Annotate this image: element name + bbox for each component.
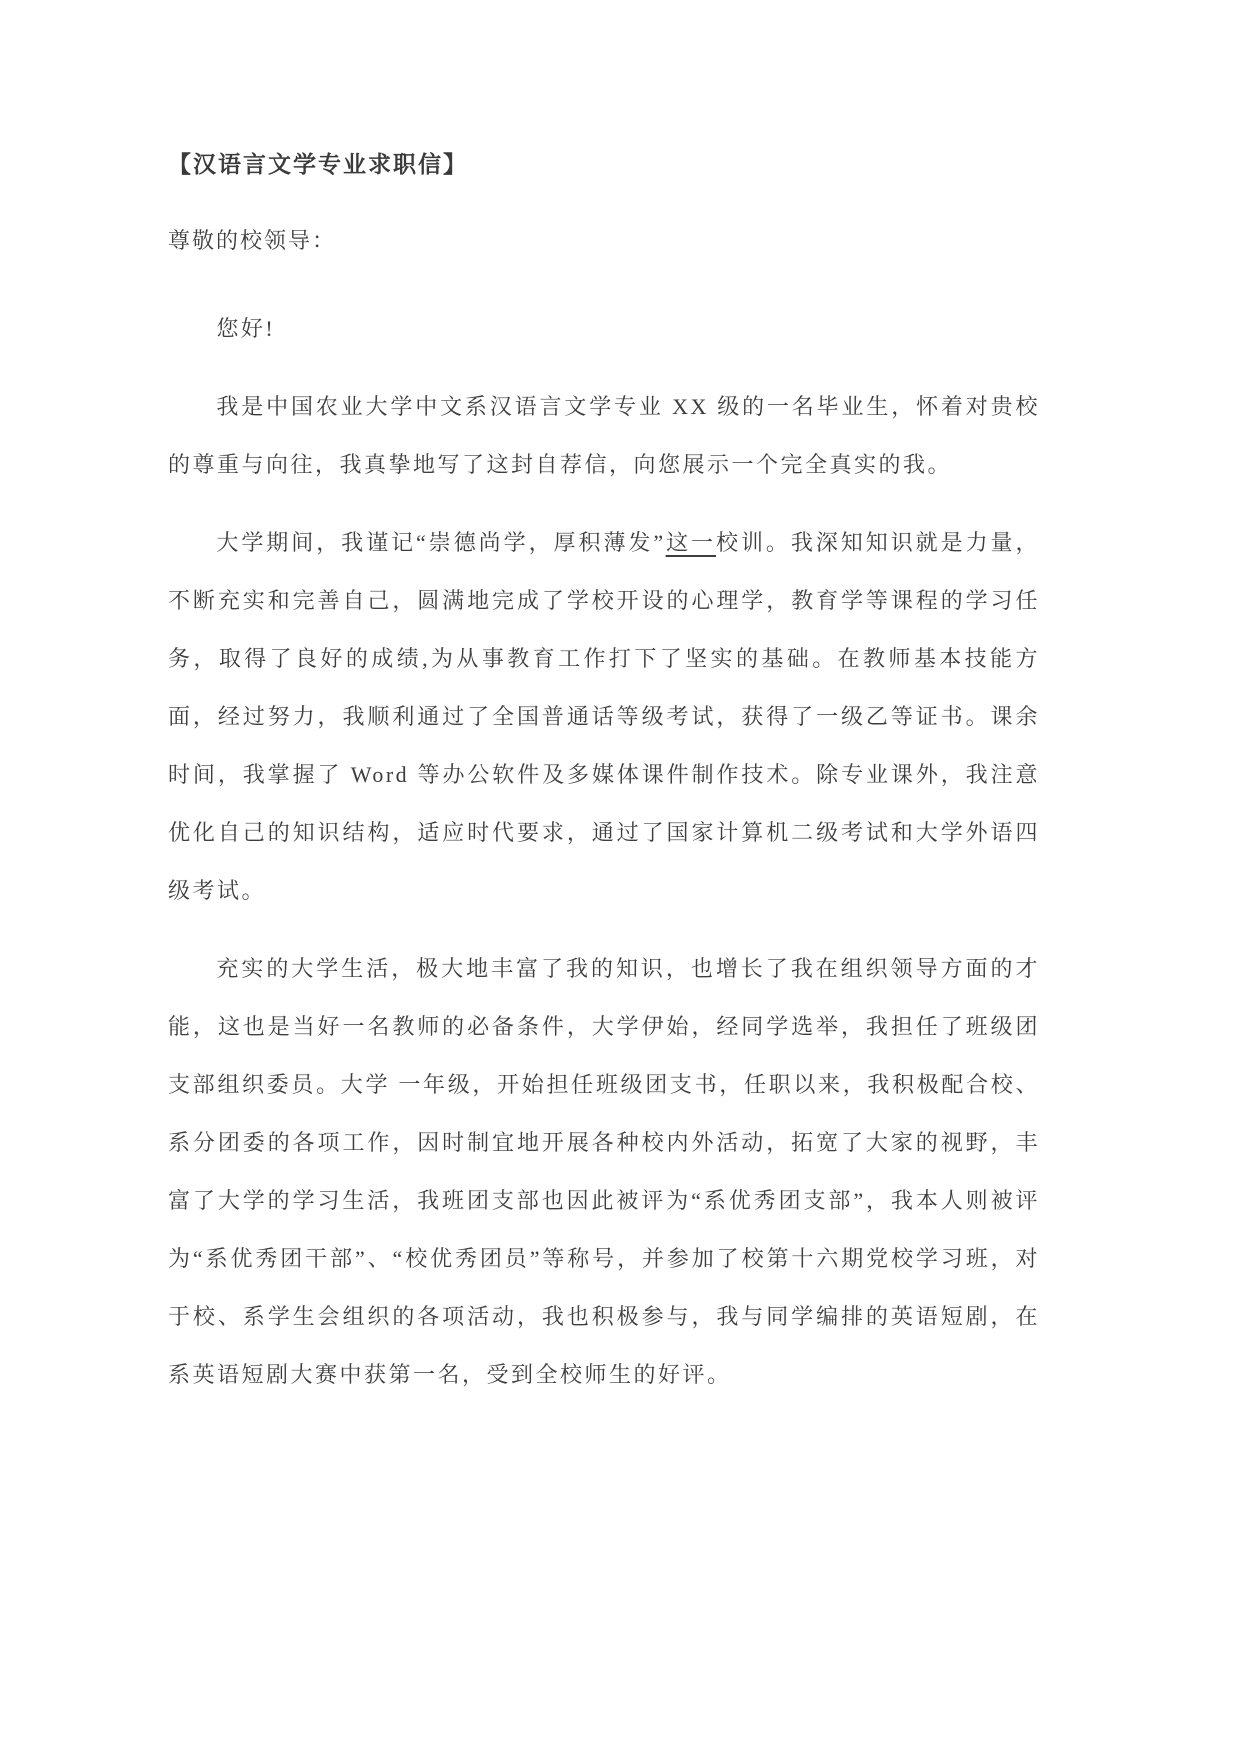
letter-paragraph-study: 大学期间，我谨记“崇德尚学，厚积薄发”这一校训。我深知知识就是力量，不断充实和完… bbox=[168, 514, 1040, 920]
letter-paragraph-intro: 我是中国农业大学中文系汉语言文学专业 XX 级的一名毕业生，怀着对贵校的尊重与向… bbox=[168, 378, 1040, 494]
letter-title: 【汉语言文学专业求职信】 bbox=[168, 150, 1040, 180]
paragraph-text-pre: 大学期间，我谨记“崇德尚学，厚积薄发” bbox=[216, 530, 665, 555]
document-page: 【汉语言文学专业求职信】 尊敬的校领导： 您好! 我是中国农业大学中文系汉语言文… bbox=[0, 0, 1240, 1754]
paragraph-text-underlined: 这一 bbox=[666, 530, 716, 555]
letter-greeting: 您好! bbox=[168, 300, 1040, 358]
paragraph-text-post: 校训。我深知知识就是力量，不断充实和完善自己，圆满地完成了学校开设的心理学，教育… bbox=[168, 530, 1040, 903]
letter-salutation: 尊敬的校领导： bbox=[168, 226, 1040, 256]
letter-paragraph-activities: 充实的大学生活，极大地丰富了我的知识，也增长了我在组织领导方面的才能，这也是当好… bbox=[168, 940, 1040, 1404]
